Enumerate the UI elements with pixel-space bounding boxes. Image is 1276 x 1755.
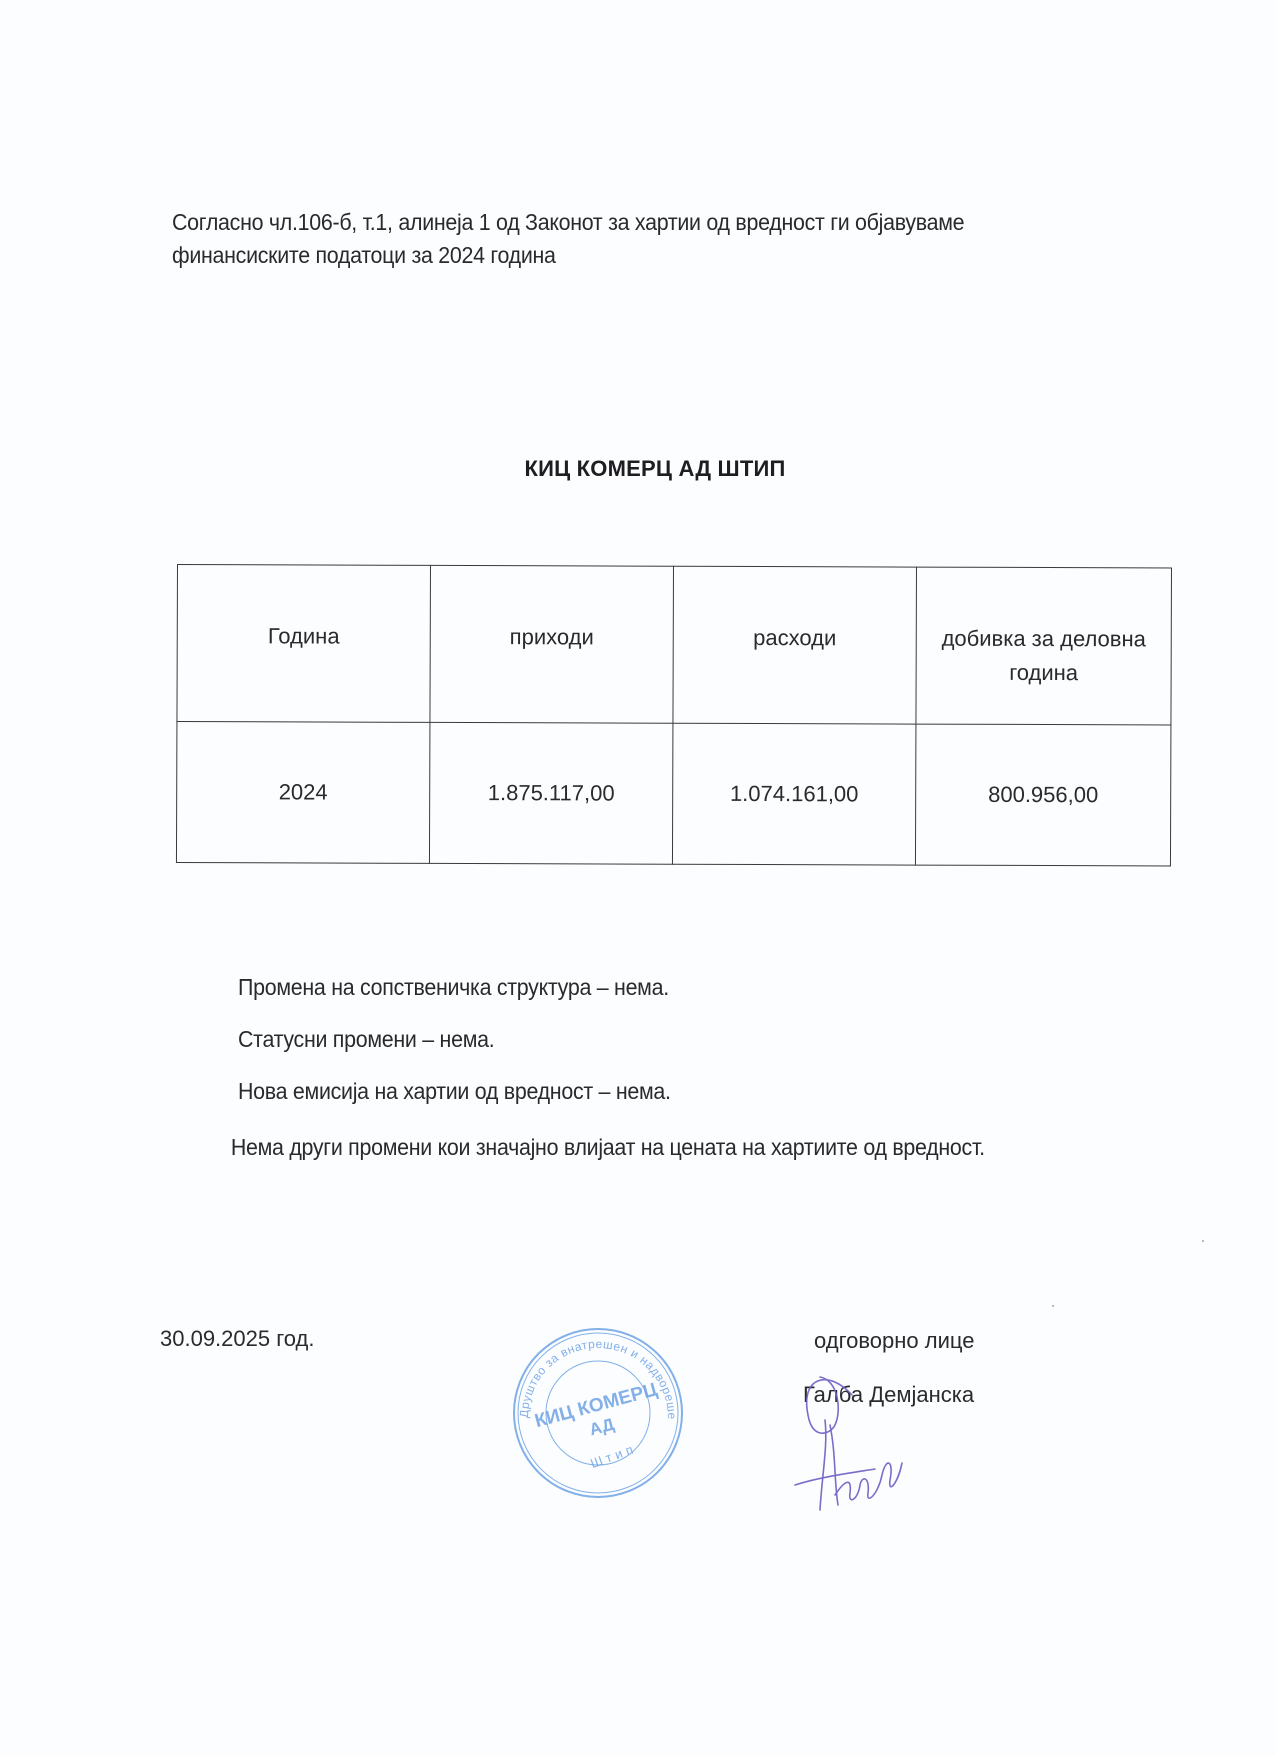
intro-paragraph: Согласно чл.106-б, т.1, алинеја 1 од Зак…	[172, 206, 1093, 272]
cell-year: 2024	[176, 722, 429, 864]
responsible-person-label: одговорно лице	[814, 1328, 975, 1354]
statement-other: Нема други промени кои значајно влијаат …	[162, 1131, 1036, 1163]
statement-status: Статусни промени – нема.	[238, 1024, 494, 1054]
table-row: 2024 1.875.117,00 1.074.161,00 800.956,0…	[176, 722, 1170, 866]
document-date: 30.09.2025 год.	[160, 1326, 314, 1352]
svg-text:Штип: Штип	[588, 1440, 638, 1471]
cell-profit: 800.956,00	[915, 724, 1170, 866]
cell-revenue: 1.875.117,00	[429, 722, 672, 864]
statement-ownership: Промена на сопственичка структура – нема…	[238, 972, 669, 1002]
cell-expenses: 1.074.161,00	[672, 723, 915, 865]
header-profit: добивка за деловна година	[916, 567, 1172, 725]
company-title: КИЦ КОМЕРЦ АД ШТИП	[0, 456, 1276, 482]
header-revenue: приходи	[430, 565, 674, 723]
header-expenses: расходи	[673, 566, 917, 724]
svg-text:АД: АД	[587, 1415, 616, 1440]
company-stamp-icon: Друштво за внатрешен и надворешен промет…	[508, 1323, 688, 1503]
scan-speck	[1202, 1240, 1204, 1242]
scan-speck	[1052, 1305, 1054, 1307]
signature-icon	[790, 1365, 920, 1515]
header-year: Година	[177, 565, 431, 723]
statement-emission: Нова емисија на хартии од вредност – нем…	[238, 1076, 671, 1106]
table-header-row: Година приходи расходи добивка за деловн…	[177, 565, 1172, 725]
financial-table: Година приходи расходи добивка за деловн…	[176, 564, 1172, 866]
